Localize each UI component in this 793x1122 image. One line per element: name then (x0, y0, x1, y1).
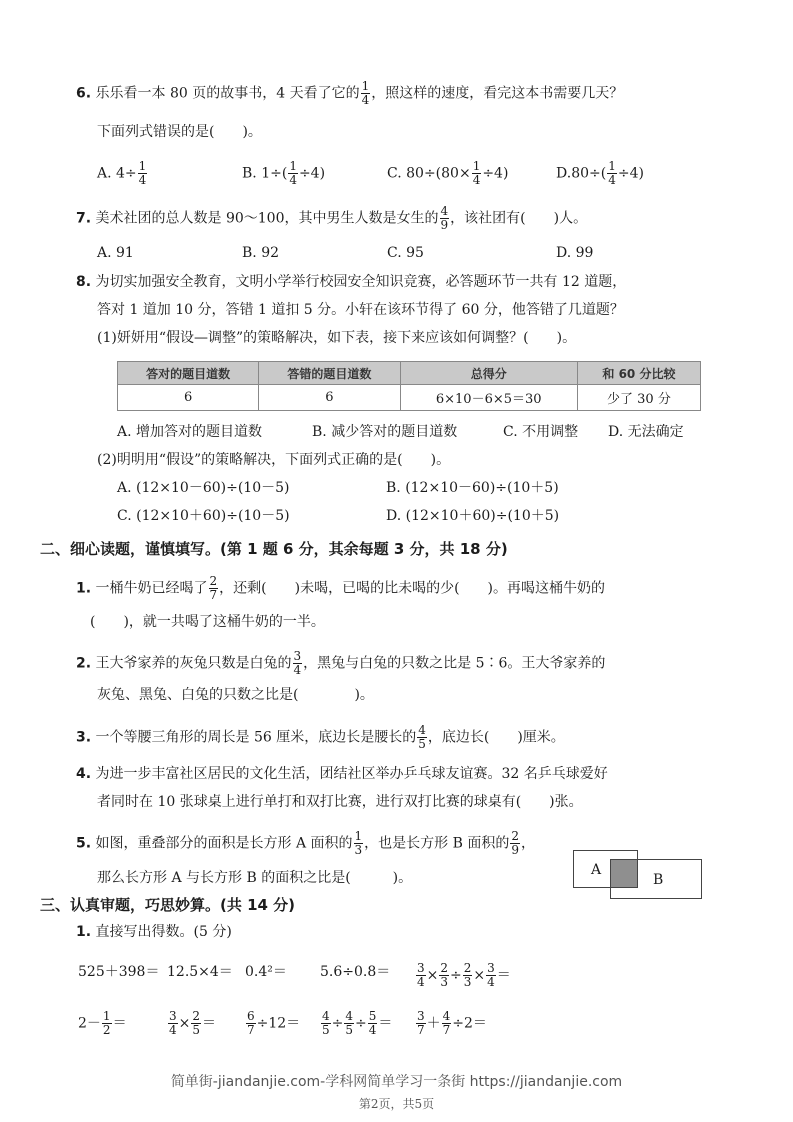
s2-question-2-line2: 灰兔、黑兔、白兔的只数之比是( )。 (97, 685, 374, 705)
q6-option-a: A. 4÷14 (97, 160, 148, 187)
label-b: B (653, 872, 663, 888)
table-header: 总得分 (400, 362, 577, 385)
q8-sub2-option-b: B. (12×10－60)÷(10＋5) (386, 478, 559, 498)
q8-sub2-option-c: C. (12×10＋60)÷(10－5) (117, 506, 290, 526)
calc-item: 5.6÷0.8＝ (320, 962, 390, 982)
overlap-rectangles-figure: A B (573, 850, 703, 900)
q7-option-b: B. 92 (242, 243, 279, 263)
question-text: 乐乐看一本 80 页的故事书，4 天看了它的 (96, 86, 360, 102)
calc-item: 0.4²＝ (245, 962, 287, 982)
table-cell: 6 (118, 385, 259, 411)
calc-item: 34×25＝ (167, 1010, 216, 1037)
watermark-footer: 简单街-jiandanjie.com-学科网简单学习一条街 https://ji… (0, 1071, 793, 1091)
q8-sub1-option-c: C. 不用调整 (503, 422, 578, 442)
calc-item: 34×23÷23×34＝ (415, 962, 511, 989)
question-8-line2: 答对 1 道加 10 分，答错 1 道扣 5 分。小轩在该环节得了 60 分，他… (97, 300, 624, 320)
s2-question-4: 4. 为进一步丰富社区居民的文化生活，团结社区举办乒乓球友谊赛。32 名乒乓球爱… (76, 764, 608, 784)
fraction: 14 (361, 80, 371, 107)
table-header-row: 答对的题目道数 答错的题目道数 总得分 和 60 分比较 (118, 362, 701, 385)
table-cell: 少了 30 分 (577, 385, 700, 411)
table-header: 答错的题目道数 (259, 362, 400, 385)
s2-question-1-line2: ( )，就一共喝了这桶牛奶的一半。 (90, 612, 325, 632)
calc-item: 12.5×4＝ (167, 962, 233, 982)
q6-option-d: D.80÷(14÷4) (556, 160, 644, 187)
q8-sub1-option-a: A. 增加答对的题目道数 (117, 422, 262, 442)
calc-item: 67÷12＝ (245, 1010, 300, 1037)
s2-question-3: 3. 一个等腰三角形的周长是 56 厘米，底边长是腰长的45，底边长( )厘米。 (76, 724, 565, 751)
question-6-line2: 下面列式错误的是( )。 (97, 122, 262, 142)
question-8-sub2: (2)明明用“假设”的策略解决，下面列式正确的是( )。 (97, 450, 450, 470)
q6-option-c: C. 80÷(80×14÷4) (387, 160, 508, 187)
q8-sub2-option-a: A. (12×10－60)÷(10－5) (117, 478, 289, 498)
s3-question-1: 1. 直接写出得数。(5 分) (76, 922, 232, 942)
q8-sub1-option-b: B. 减少答对的题目道数 (312, 422, 457, 442)
calc-item: 2－12＝ (78, 1010, 127, 1037)
table-header: 和 60 分比较 (577, 362, 700, 385)
q7-option-d: D. 99 (556, 243, 593, 263)
s2-question-4-line2: 者同时在 10 张球桌上进行单打和双打比赛，进行双打比赛的球桌有( )张。 (97, 792, 583, 812)
s2-question-1: 1. 一桶牛奶已经喝了27，还剩( )未喝，已喝的比未喝的少( )。再喝这桶牛奶… (76, 575, 605, 602)
question-7: 7. 美术社团的总人数是 90～100，其中男生人数是女生的49，该社团有( )… (76, 205, 587, 232)
q7-option-c: C. 95 (387, 243, 424, 263)
section-2-title: 二、细心读题，谨慎填写。(第 1 题 6 分，其余每题 3 分，共 18 分) (40, 538, 508, 559)
label-a: A (591, 862, 601, 878)
table-cell: 6×10－6×5＝30 (400, 385, 577, 411)
question-8: 8. 为切实加强安全教育，文明小学举行校园安全知识竞赛，必答题环节一共有 12 … (76, 272, 626, 292)
table-cell: 6 (259, 385, 400, 411)
question-8-sub1: (1)妍妍用“假设—调整”的策略解决，如下表，接下来应该如何调整？( )。 (97, 328, 576, 348)
table-header: 答对的题目道数 (118, 362, 259, 385)
q8-sub2-option-d: D. (12×10＋60)÷(10＋5) (386, 506, 559, 526)
calc-item: 37＋47÷2＝ (415, 1010, 487, 1037)
question-number: 6. (76, 86, 91, 102)
question-6: 6. 乐乐看一本 80 页的故事书，4 天看了它的14，照这样的速度，看完这本书… (76, 80, 623, 107)
s2-question-2: 2. 王大爷家养的灰兔只数是白兔的34，黑兔与白兔的只数之比是 5∶6。王大爷家… (76, 650, 605, 677)
calc-item: 45÷45÷54＝ (320, 1010, 392, 1037)
q6-option-b: B. 1÷(14÷4) (242, 160, 325, 187)
q7-option-a: A. 91 (97, 243, 134, 263)
section-3-title: 三、认真审题，巧思妙算。(共 14 分) (40, 894, 295, 915)
page-number: 第2页，共5页 (0, 1095, 793, 1112)
calc-item: 525＋398＝ (78, 962, 159, 982)
s2-question-5: 5. 如图，重叠部分的面积是长方形 A 面积的13，也是长方形 B 面积的29， (76, 830, 535, 857)
strategy-table: 答对的题目道数 答错的题目道数 总得分 和 60 分比较 6 6 6×10－6×… (117, 361, 701, 411)
q8-sub1-option-d: D. 无法确定 (608, 422, 684, 442)
table-row: 6 6 6×10－6×5＝30 少了 30 分 (118, 385, 701, 411)
s2-question-5-line2: 那么长方形 A 与长方形 B 的面积之比是( )。 (97, 868, 412, 888)
overlap-region (610, 859, 638, 888)
